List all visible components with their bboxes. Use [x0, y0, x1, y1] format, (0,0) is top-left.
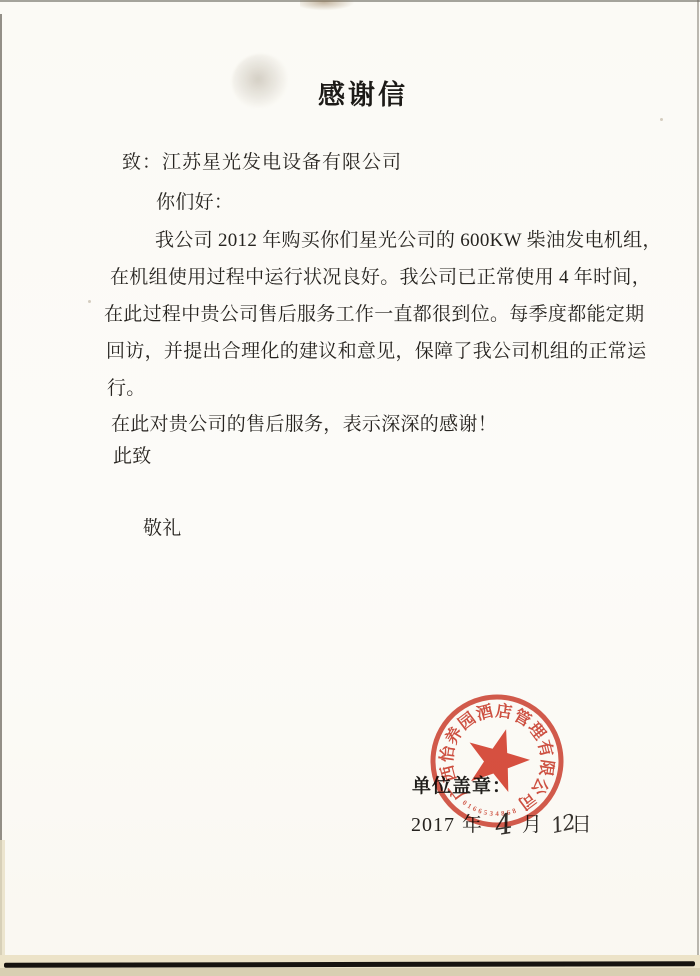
seal-star-icon	[464, 724, 534, 794]
letter-title: 感谢信	[318, 73, 408, 112]
closing-cizhi: 此致	[113, 445, 152, 469]
seal-char: 西	[437, 763, 460, 784]
body-line-4: 回访，并提出合理化的建议和意见，保障了我公司机组的正常运	[106, 340, 646, 364]
greeting-line: 你们好：	[156, 191, 233, 215]
seal-char: 酒	[474, 700, 495, 724]
scan-edge-right	[697, 0, 699, 976]
scan-bottom-band-lower	[0, 968, 700, 976]
scan-speckle	[300, 0, 360, 12]
scanned-thank-you-letter: 感谢信 致：江苏星光发电设备有限公司 你们好： 我公司 2012 年购买你们星光…	[0, 0, 700, 976]
scan-speckle	[88, 300, 91, 303]
seal-char: 有	[534, 738, 558, 759]
body-line-2: 在机组使用过程中运行状况良好。我公司已正常使用 4 年时间，	[110, 266, 651, 290]
closing-jingli: 敬礼	[143, 517, 182, 541]
scan-smudge	[232, 54, 290, 110]
thanks-line: 在此对贵公司的售后服务，表示深深的感谢！	[111, 413, 497, 437]
body-line-5: 行。	[107, 377, 146, 401]
body-line-1: 我公司 2012 年购买你们星光公司的 600KW 柴油发电机组，	[155, 229, 662, 253]
salutation-line: 致：江苏星光发电设备有限公司	[122, 151, 402, 175]
scan-speckle	[660, 118, 663, 121]
scan-edge-left	[0, 14, 2, 976]
body-line-3: 在此过程中贵公司售后服务工作一直都很到位。每季度都能定期	[104, 303, 644, 327]
company-seal-stamp: 广 西 怡 养 园 酒 店 管 理 有 限 公 司 0166534868	[401, 665, 593, 857]
